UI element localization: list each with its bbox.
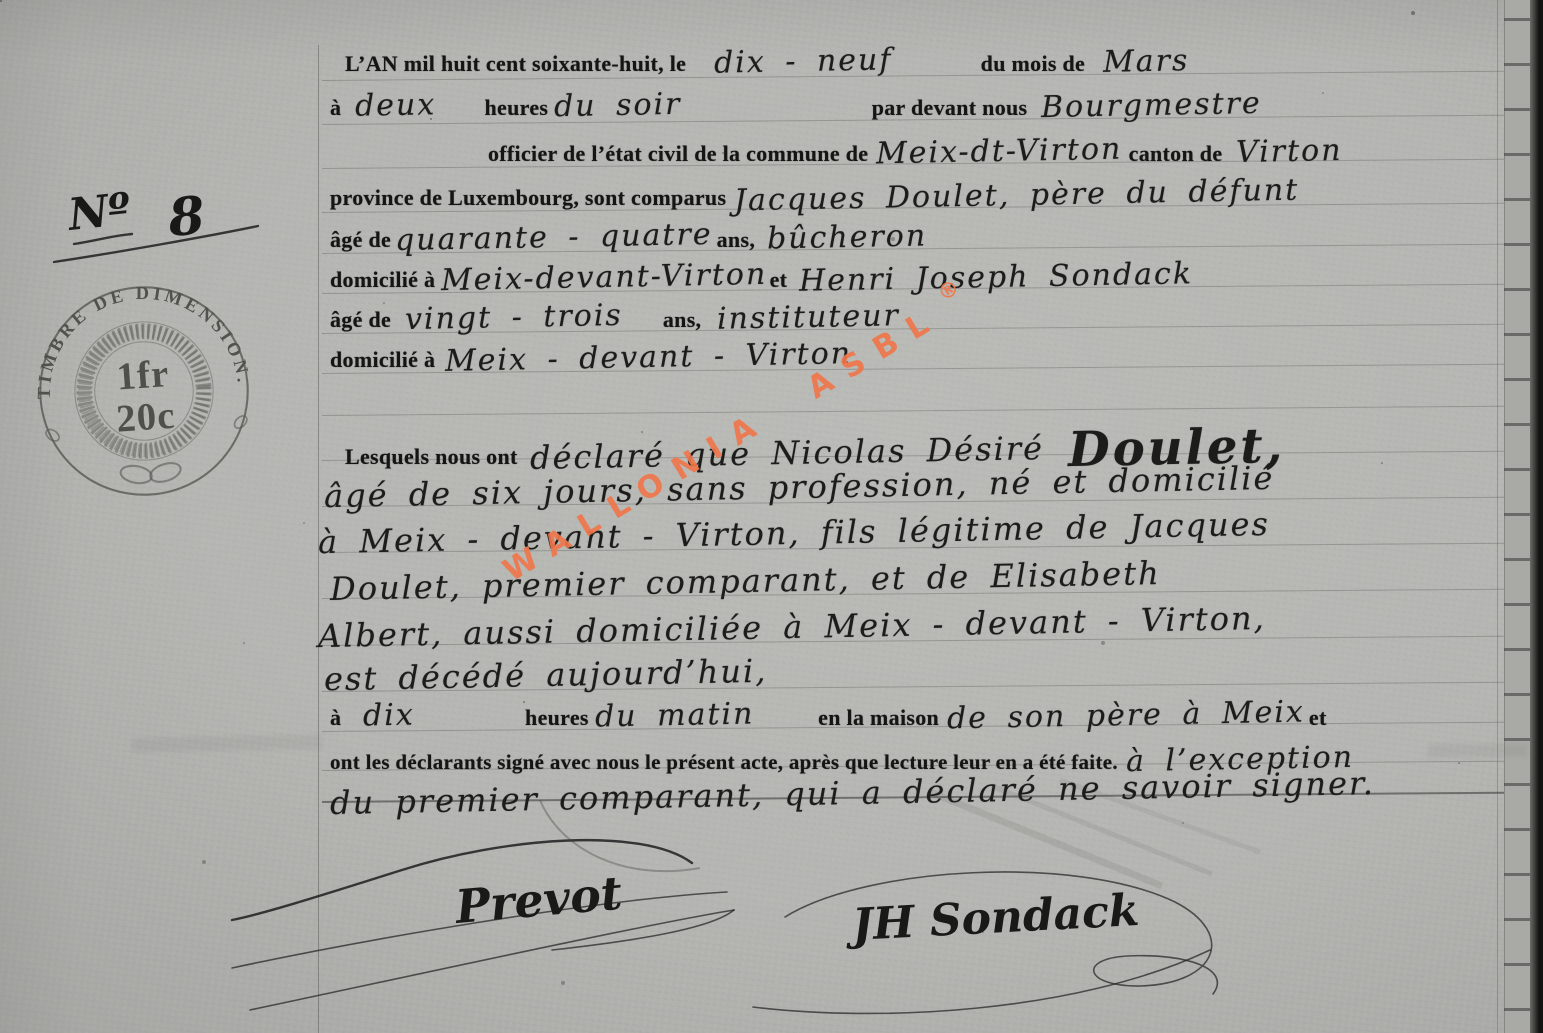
act-line-12: Doulet, premier comparant, et de Elisabe… [330,562,1161,600]
handwritten-segment: Meix-devant-Virton [441,257,768,298]
handwritten-segment: Albert, aussi domiciliée à Meix - devant… [318,599,1266,655]
printed-segment: par devant nous [872,96,1028,120]
act-line-17: du premier comparant, qui a déclaré ne s… [330,774,1375,812]
act-line-10: âgé de six jours, sans profession, né et… [324,468,1274,506]
printed-segment: du mois de [981,52,1085,76]
act-line-3: officier de l’état civil de la commune d… [488,134,1343,169]
printed-segment: heures [525,706,589,730]
printed-segment: à [330,706,341,730]
handwritten-segment: Meix-dt-Virton [876,132,1123,172]
printed-segment: âgé de [330,228,391,252]
timbre-dimension-stamp: TIMBRE DE DIMENSION. 1fr 20c [27,273,262,510]
side-leaf [232,414,249,431]
printed-segment: en la maison [818,706,939,730]
printed-segment: province de Luxembourg, sont comparus [330,186,726,210]
flourish-stroke [753,950,1210,1013]
printed-segment: ans, [663,308,702,332]
handwritten-segment: vingt - trois [405,298,623,337]
handwritten-segment: Doulet, premier comparant, et de Elisabe… [330,554,1161,608]
register-page-scan: Nº 8 TIMBRE DE DIMENSION. 1fr 20c L’AN m… [0,0,1543,1033]
paper-specks [0,0,2,2]
signature-left-name: Prevot [451,866,624,935]
handwritten-segment: Henri Joseph Sondack [799,256,1194,299]
handwritten-segment: du soir [554,87,682,124]
ghost-text-smudge [132,734,322,752]
act-line-11: à Meix - devant - Virton, fils légitime … [318,514,1270,552]
printed-segment: Lesquels nous ont [345,445,518,469]
act-line-6: domicilié à Meix-devant-Virton et Henri … [330,260,1193,295]
handwritten-segment: Meix - devant - Virton [445,336,853,379]
signature-right-name: JH Sondack [844,885,1141,951]
act-number-annotation: Nº 8 [40,178,270,278]
printed-segment: et [1309,706,1327,730]
binding-edge-shadow [1530,0,1543,1033]
stamp-value-centimes: 20c [115,394,177,441]
act-line-8: domicilié à Meix - devant - Virton [330,340,852,375]
handwritten-segment: bûcheron [767,218,928,256]
page-edge-line [1497,0,1498,1033]
ghost-text-smudge [1428,744,1528,757]
printed-segment: L’AN mil huit cent soixante-huit, le [345,52,686,76]
printed-segment: canton de [1129,142,1223,166]
side-leaf [44,427,61,443]
handwritten-segment: Virton [1236,133,1343,170]
printed-segment: heures [485,96,549,120]
act-line-7: âgé de vingt - trois ans, instituteur [330,300,900,335]
handwritten-segment: dix - neuf [714,42,893,80]
act-line-1: L’AN mil huit cent soixante-huit, le dix… [345,44,1189,79]
handwritten-segment: quarante - quatre [395,217,713,258]
printed-segment: domicilié à [330,348,435,372]
act-line-15: à dix heures du matin en la maison de so… [330,698,1327,733]
act-line-4: province de Luxembourg, sont comparus Ja… [330,178,1300,213]
printed-segment: âgé de [330,308,391,332]
act-line-13: Albert, aussi domiciliée à Meix - devant… [318,608,1266,646]
printed-segment: à [330,96,341,120]
handwritten-segment: Jacques Doulet, père du défunt [734,173,1300,219]
printed-segment: officier de l’état civil de la commune d… [488,142,868,166]
handwritten-segment: du matin [594,696,754,734]
handwritten-segment: dix [363,698,415,734]
handwritten-segment: Mars [1103,43,1190,80]
act-line-5: âgé de quarante - quatre ans, bûcheron [330,220,927,255]
ribbon-bow [119,464,153,486]
printed-segment: ans, [717,228,756,252]
printed-segment: et [770,268,788,292]
act-line-2: à deux heures du soir par devant nous Bo… [330,88,1262,123]
signature-right: JH Sondack [745,862,1245,1033]
handwritten-segment: est décédé aujourd’hui, [324,652,768,699]
handwritten-segment: Bourgmestre [1041,86,1262,125]
signature-left: Prevot [222,818,742,1028]
handwritten-segment: deux [355,87,437,124]
act-number-label: Nº [64,184,133,241]
stamp-value-francs: 1fr [115,352,170,399]
handwritten-segment: de son père à Meix [947,695,1305,737]
handwritten-segment: à Meix - devant - Virton, fils légitime … [318,505,1271,561]
binding-edge-strip [1504,0,1531,1033]
printed-segment: domicilié à [330,268,435,292]
act-line-14: est décédé aujourd’hui, [324,656,767,694]
